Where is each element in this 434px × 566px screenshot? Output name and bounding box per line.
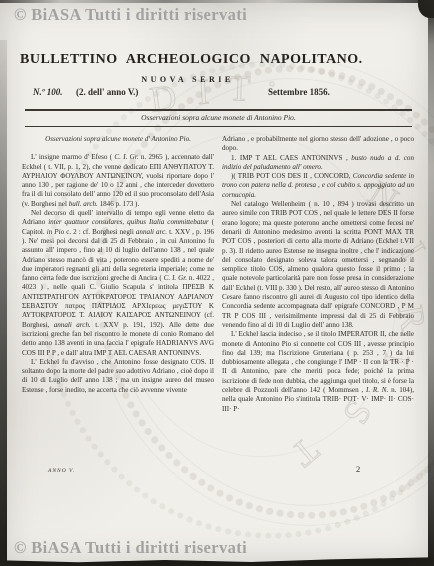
text-run: Nel catalogo Wellenheim ( n. 10 , 894 ) … (222, 200, 414, 329)
paragraph: L' Eckhel fu d'avviso , che Antonino fos… (22, 358, 214, 395)
italic-run: C. I. Gr. (114, 153, 138, 161)
series-label: NUOVA SERIE (20, 75, 355, 84)
text-run: 1. IMP T AEL CAES ANTONINVS , (231, 154, 351, 162)
text-run: Adriano , e probabilmente nel giorno ste… (222, 135, 414, 152)
journal-title: BULLETTINO ARCHEOLOGICO NAPOLITANO. (20, 52, 355, 68)
paragraph: Nel decorso di quell' intervallo di temp… (22, 209, 214, 358)
right-column: Adriano , e probabilmente nel giorno ste… (222, 135, 414, 414)
volume-signature: ANNO V. (48, 468, 75, 474)
italic-run: inter quattuor consulares, quibus Italia… (48, 218, 208, 226)
divider-rule-top (25, 109, 412, 111)
text-run: 1846 p. 173 ). (98, 200, 139, 208)
scan-edge-right (428, 0, 434, 566)
article-heading: Osservazioni sopra alcune monete d' Anto… (22, 135, 214, 144)
text-run: L' Eckhel lascia indeciso , se il titolo… (222, 330, 414, 394)
divider-rule-bottom (25, 126, 412, 127)
italic-run: C. I. Gr. (164, 274, 187, 282)
running-header: Osservazioni sopra alcune monete di Anto… (25, 113, 412, 122)
watermark-top: © BiASA Tutti i diritti riservati (14, 5, 247, 25)
italic-run: I. R. N. (366, 386, 388, 394)
text-run: L' Eckhel fu d'avviso , che Antonino fos… (22, 358, 214, 394)
page-number: 2 (356, 464, 360, 474)
paragraph: L' insigne marmo d' Efeso ( C. I. Gr. n.… (22, 153, 214, 209)
issue-number: N.º 100. (33, 87, 62, 97)
issue-date: Settembre 1856. (268, 87, 330, 97)
paragraph: L' Eckhel lascia indeciso , se il titolo… (222, 330, 414, 414)
issue-volume: (2. dell' anno V.) (76, 87, 138, 97)
paragraph: 1. IMP T AEL CAES ANTONINVS , busto nudo… (222, 154, 414, 173)
watermark-bottom: © BiASA Tutti i diritti riservati (14, 538, 247, 558)
text-run: c. 2 : cf. Borghesi negli (64, 228, 136, 236)
italic-run: annali arc. (136, 228, 167, 236)
scan-edge-top (0, 0, 434, 3)
italic-run: in Pio (47, 228, 64, 236)
stamp-letter: T (284, 430, 327, 475)
issue-row: N.º 100. (2. dell' anno V.) Settembre 18… (0, 87, 434, 99)
scan-edge-left (0, 40, 7, 566)
paragraph: Adriano , e probabilmente nel giorno ste… (222, 135, 414, 154)
text-run: Osservazioni sopra alcune monete d' Anto… (45, 135, 191, 143)
paragraph: )( TRIB POT COS DES II , CONCORD, Concor… (222, 172, 414, 200)
italic-run: annali arch. (54, 321, 91, 329)
italic-run: bull. arch. (69, 200, 98, 208)
text-run: )( TRIB POT COS DES II , CONCORD, (231, 172, 353, 180)
left-column: Osservazioni sopra alcune monete d' Anto… (22, 135, 214, 395)
scanned-page: DIT·NIRIST © BiASA Tutti i diritti riser… (0, 0, 434, 566)
scan-edge-corner (418, 0, 434, 18)
paragraph: Nel catalogo Wellenheim ( n. 10 , 894 ) … (222, 200, 414, 330)
text-run: L' insigne marmo d' Efeso ( (31, 153, 114, 161)
